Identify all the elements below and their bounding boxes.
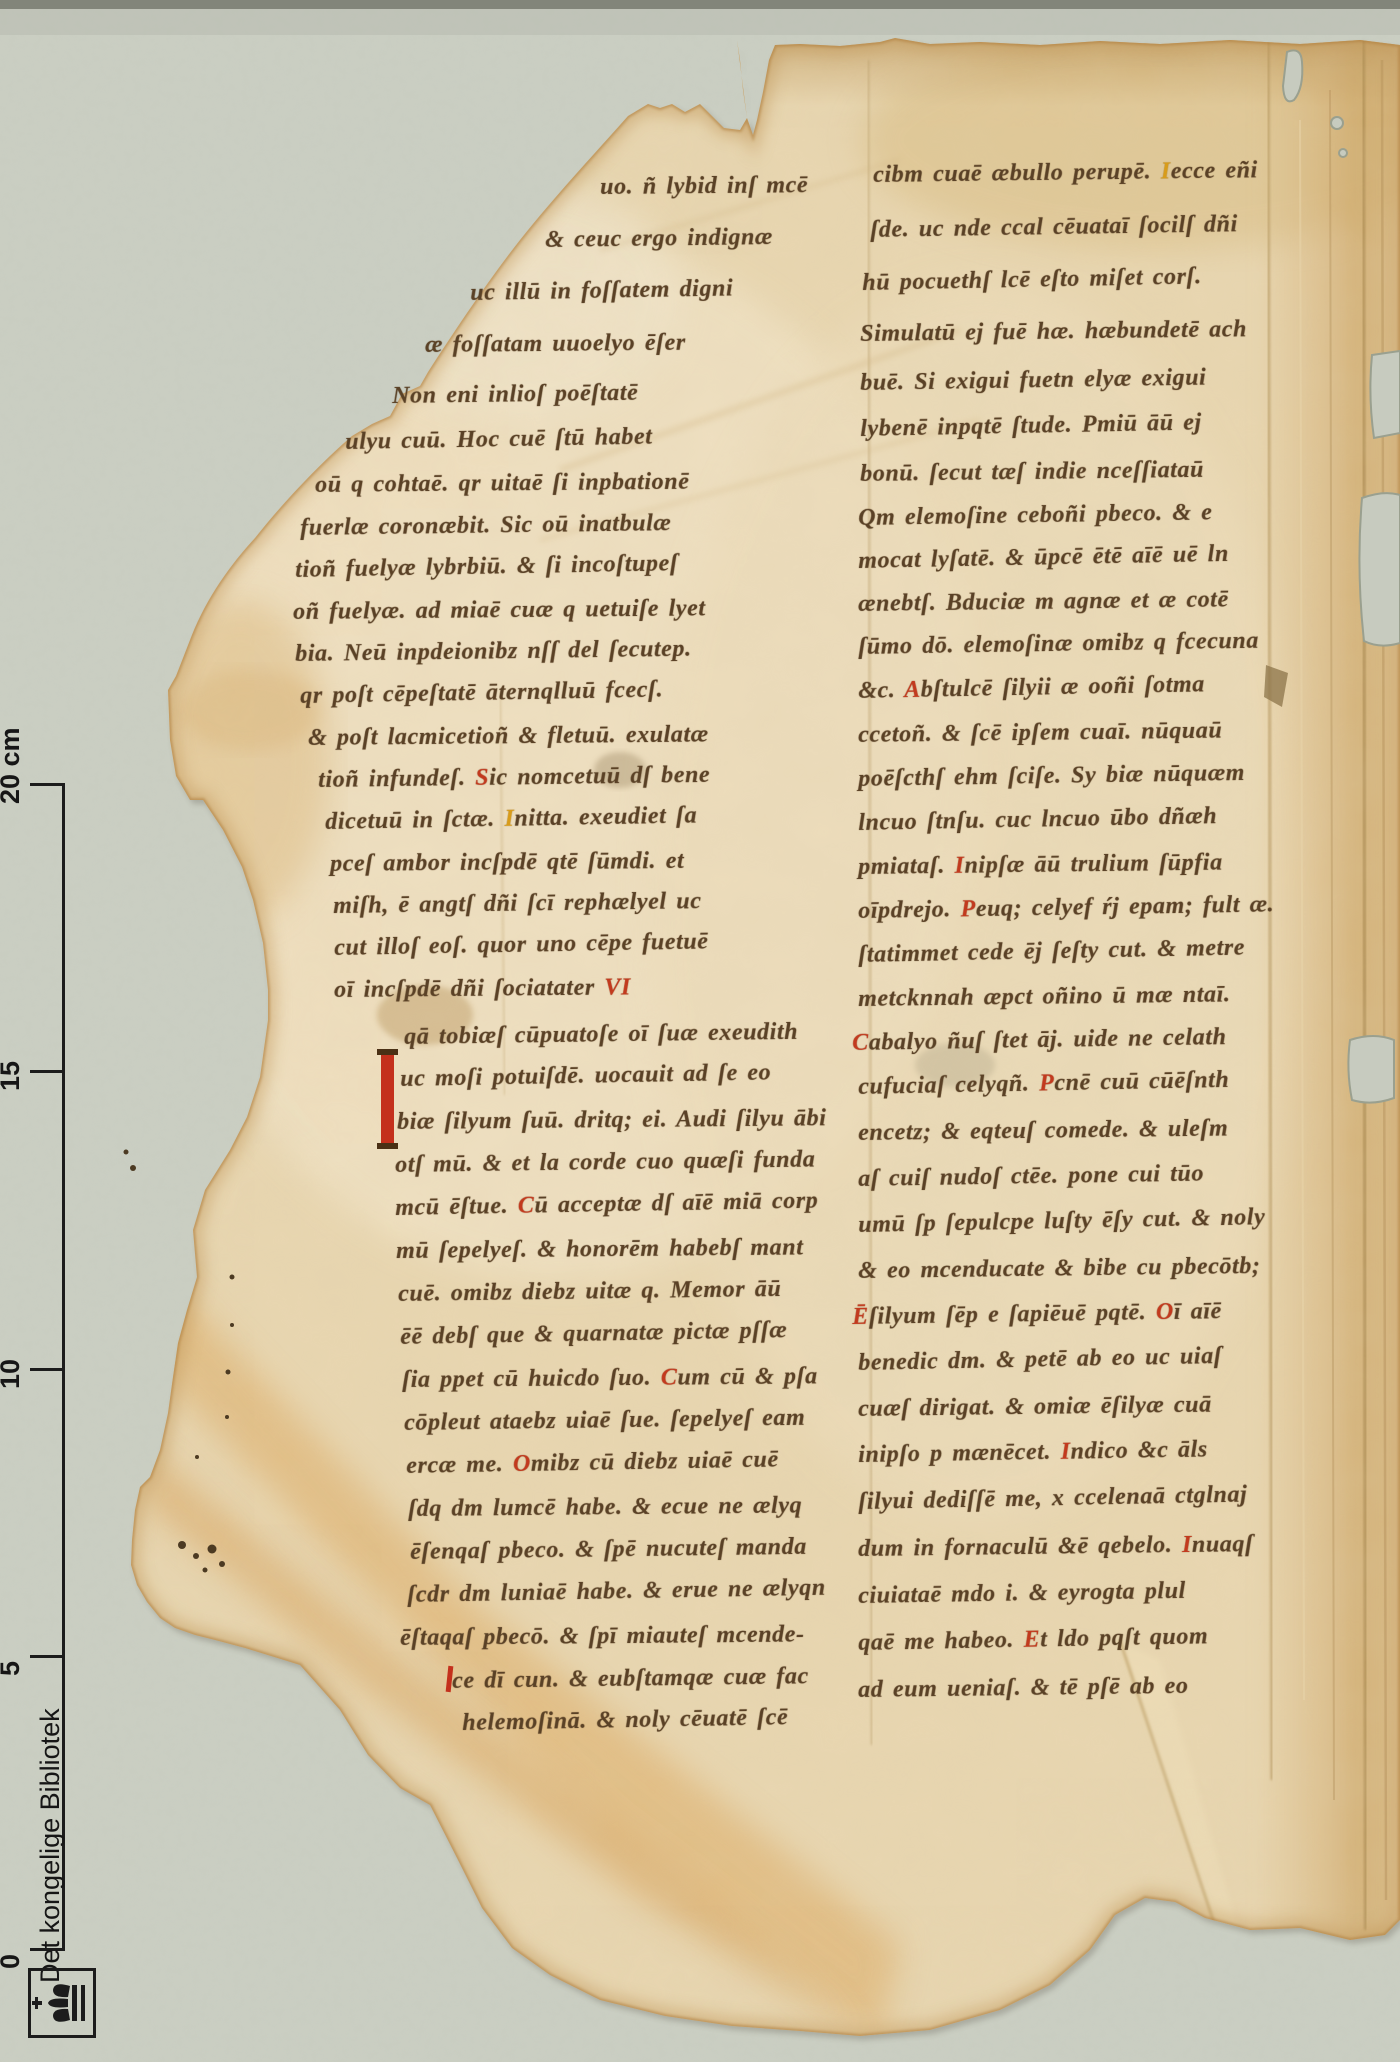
- library-logo: [28, 1968, 96, 2038]
- scale-bar-label: 15: [0, 1061, 26, 1091]
- scale-bar-tick: [30, 1368, 65, 1371]
- manuscript-line: pceſ ambor incſpdē qtē ſūmdi. et: [330, 846, 684, 879]
- manuscript-line: Cabalyo ñuſ ſtet āj. uide ne celath: [852, 1022, 1227, 1058]
- rubric-large-initial-I: [381, 1052, 394, 1146]
- kongelige-bibliotek-crown-logo: [31, 1971, 93, 2035]
- manuscript-line: fuerlæ coronæbit. Sic oū inatbulæ: [300, 508, 672, 543]
- manuscript-line: mū ſepelyeſ. & honorēm habebſ mant: [396, 1232, 804, 1266]
- scale-bar-label: 10: [0, 1359, 26, 1389]
- manuscript-line: & poſt lacmicetioñ & fletuū. exulatæ: [308, 720, 709, 753]
- manuscript-line: & eo mcenducate & bibe cu pbecōtb;: [858, 1251, 1261, 1286]
- manuscript-line: ccetoñ. & ſcē ipſem cuaī. nūquaū: [858, 716, 1223, 750]
- manuscript-line: qr poſt cēpeſtatē āternqlluū fcecſ.: [300, 675, 663, 711]
- crown-icon: [32, 1984, 85, 2022]
- manuscript-line: Ēſilyum ſēp e ſapiēuē pqtē. Oī aīē: [852, 1296, 1222, 1332]
- scale-bar-tick: [30, 1655, 65, 1658]
- manuscript-line: bia. Neū inpdeionibz nſſ del ſecutep.: [295, 634, 692, 669]
- manuscript-line: poēſcthſ ehm ſciſe. Sy biæ nūquæm: [858, 758, 1245, 794]
- manuscript-line: cibm cuaē æbullo perupē. Iecce eñi: [873, 155, 1258, 190]
- manuscript-line: cuæſ dirigat. & omiæ ēſilyæ cuā: [858, 1390, 1212, 1424]
- manuscript-line: æ foſſatam uuoelyo ēſer: [425, 328, 686, 360]
- manuscript-line: Simulatū ej fuē hæ. hæbundetē ach: [860, 314, 1247, 349]
- manuscript-line: ēſtaqaſ pbecō. & ſpī miauteſ mcende-: [400, 1619, 805, 1653]
- scale-bar-tick: [30, 1070, 65, 1073]
- manuscript-line: ēſenqaſ pbeco. & ſpē nucuteſ manda: [410, 1532, 807, 1567]
- manuscript-line: oū q cohtaē. qr uitaē ſi inpbationē: [315, 467, 690, 500]
- manuscript-line: ſdq dm lumcē habe. & ecue ne ælyq: [408, 1491, 802, 1524]
- scale-bar-tick: [30, 783, 65, 786]
- manuscript-line: ulyu cuū. Hoc cuē ſtū habet: [345, 422, 653, 457]
- scale-bar-label: 0: [0, 1954, 26, 1969]
- photo-top-edge-strip: [0, 0, 1400, 9]
- manuscript-line: Qm elemoſine ceboñi pbeco. & e: [858, 497, 1213, 533]
- manuscript-line: uc illū in foſſatem digni: [470, 273, 733, 308]
- manuscript-line: oī incſpdē dñi ſociatater VI: [334, 972, 631, 1005]
- manuscript-line: cōpleut ataebz uiaē ſue. ſepelyeſ eam: [404, 1403, 805, 1438]
- manuscript-line: tioñ infundeſ. Sic nomcetuū dſ bene: [318, 760, 710, 795]
- scale-bar-label: 20 cm: [0, 727, 26, 804]
- manuscript-line: ad eum ueniaſ. & tē pſē ab eo: [858, 1671, 1189, 1705]
- manuscript-line: helemoſinā. & noly cēuatē ſcē: [462, 1702, 788, 1738]
- manuscript-line: uo. ñ lybid inſ mcē: [600, 170, 808, 202]
- manuscript-line: cuē. omibz diebz uitæ q. Memor āū: [398, 1274, 782, 1309]
- manuscript-line: otſ mū. & et la corde cuo quæſi funda: [395, 1144, 816, 1179]
- manuscript-line: buē. Si exigui fuetn elyæ exigui: [860, 363, 1207, 398]
- manuscript-line: ciuiataē mdo i. & eyrogta plul: [858, 1576, 1186, 1611]
- manuscript-line: aſ cuiſ nudoſ ctēe. pone cui tūo: [858, 1159, 1204, 1194]
- manuscript-line: ænebtſ. Bduciæ m agnæ et æ cotē: [858, 584, 1229, 619]
- manuscript-line: ſūmo dō. elemoſinæ omibz q fcecuna: [858, 626, 1259, 662]
- manuscript-line: pmiataſ. Inipſæ āū trulium ſūpfia: [858, 848, 1223, 882]
- manuscript-line: ce dī cun. & eubſtamqæ cuæ fac: [452, 1661, 809, 1696]
- manuscript-line: encetz; & eqteuſ comede. & uleſm: [858, 1113, 1228, 1148]
- manuscript-line: miſh, ē angtſ dñi ſcī rephælyel uc: [333, 886, 702, 921]
- manuscript-line: Non eni inlioſ poēſtatē: [392, 378, 638, 411]
- scale-bar-label: 5: [0, 1661, 26, 1676]
- library-caption: Det kongelige Bibliotek: [35, 1708, 66, 1983]
- manuscript-line: dum in fornaculū &ē qebelo. Inuaqſ: [858, 1529, 1254, 1564]
- manuscript-line: & ceuc ergo indignæ: [545, 222, 773, 255]
- manuscript-line: metcknnah æpct oñino ū mæ ntaī.: [858, 979, 1231, 1014]
- manuscript-line: ſde. uc nde ccal cēuataī ſocilſ dñi: [870, 209, 1238, 245]
- photo-stage: uo. ñ lybid inſ mcē& ceuc ergo indignæuc…: [0, 0, 1400, 2062]
- manuscript-line: biæ ſilyum ſuū. dritq; ei. Audi ſilyu āb…: [397, 1103, 827, 1137]
- manuscript-line: bonū. ſecut tæſ indie nceſſiataū: [860, 455, 1204, 489]
- manuscript-line: oñ fuelyæ. ad miaē cuæ q uetuiſe lyet: [293, 593, 706, 627]
- manuscript-line: qā tobiæſ cūpuatoſe oī ſuæ exeudith: [404, 1017, 798, 1052]
- manuscript-line: inipſo p mænēcet. Indico &c āls: [858, 1435, 1208, 1470]
- manuscript-line: ſia ppet cū huicdo ſuo. Cum cū & pſa: [402, 1361, 818, 1395]
